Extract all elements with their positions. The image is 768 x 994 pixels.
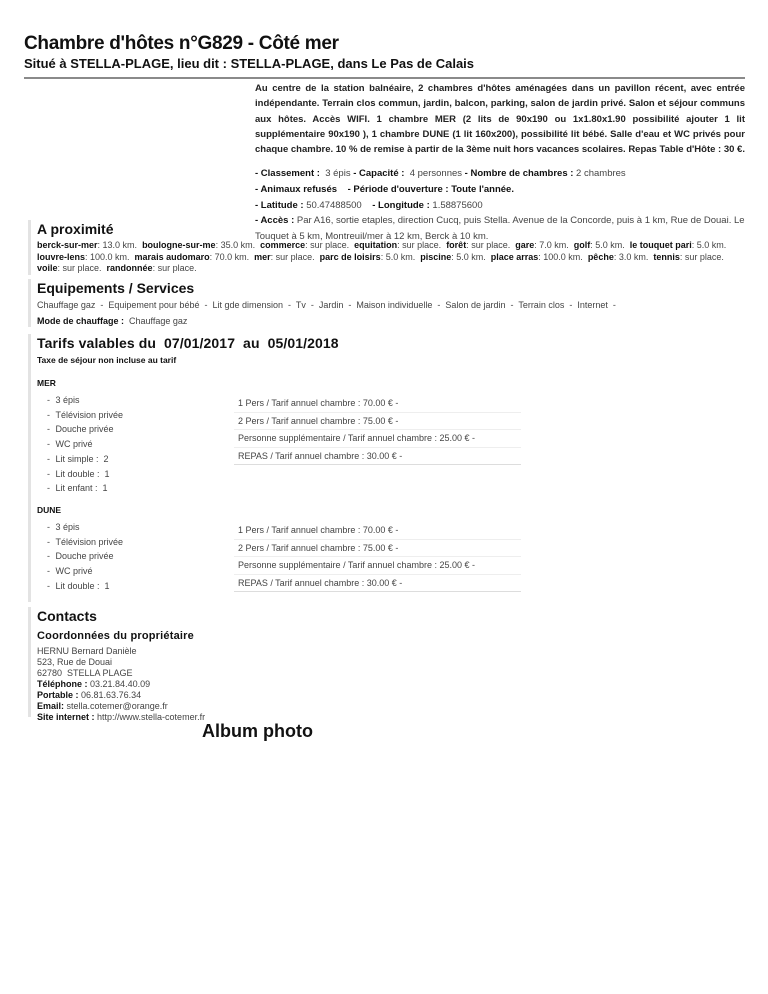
room-feature: 3 épis	[47, 393, 217, 408]
price-row: REPAS / Tarif annuel chambre : 30.00 € -	[234, 448, 521, 466]
room-feature: Douche privée	[47, 549, 217, 564]
proximite-item-name: golf	[574, 240, 591, 250]
owner-heading: Coordonnées du propriétaire	[37, 630, 328, 642]
proximite-item-value: : 5.0 km.	[692, 240, 732, 250]
proximite-item-name: piscine	[420, 252, 451, 262]
telephone-label: Téléphone :	[37, 679, 88, 689]
equipement-item: Jardin -	[319, 300, 357, 310]
proximite-item-value: : 5.0 km.	[590, 240, 630, 250]
periode: - Période d'ouverture : Toute l'année.	[348, 184, 514, 195]
room-feature: WC privé	[47, 564, 217, 579]
proximite-item-name: place arras	[491, 252, 539, 262]
equipement-item: Maison individuelle -	[356, 300, 445, 310]
price-row: Personne supplémentaire / Tarif annuel c…	[234, 557, 521, 575]
proximite-item-name: gare	[515, 240, 534, 250]
proximite-item-name: equitation	[354, 240, 397, 250]
proximite-section: A proximité berck-sur-mer: 13.0 km. boul…	[28, 220, 746, 275]
capacite-value: 4 personnes	[410, 168, 462, 179]
taxe-note: Taxe de séjour non incluse au tarif	[37, 355, 746, 365]
proximite-item-value: : 5.0 km.	[381, 252, 421, 262]
proximite-item-name: forêt	[446, 240, 466, 250]
equipement-item: Terrain clos -	[518, 300, 577, 310]
equipement-item: Salon de jardin -	[445, 300, 518, 310]
room-feature: Lit double : 1	[47, 467, 217, 482]
latitude-label: - Latitude :	[255, 200, 304, 211]
proximite-item-value: : 13.0 km.	[98, 240, 143, 250]
chambres-value: 2 chambres	[576, 168, 626, 179]
telephone-value: 03.21.84.40.09	[90, 679, 150, 689]
animaux: - Animaux refusés	[255, 184, 337, 195]
facts-line-3: - Latitude : 50.47488500 - Longitude : 1…	[255, 198, 745, 214]
room-prices: 1 Pers / Tarif annuel chambre : 70.00 € …	[234, 520, 521, 592]
room-name: MER	[37, 378, 746, 388]
classement-value: 3 épis	[325, 168, 350, 179]
price-row: REPAS / Tarif annuel chambre : 30.00 € -	[234, 575, 521, 593]
proximite-item-value: : sur place.	[397, 240, 446, 250]
room-dune: 3 épisTélévision privéeDouche privéeWC p…	[37, 520, 746, 602]
owner-details: HERNU Bernard Danièle 523, Rue de Douai …	[37, 646, 328, 723]
header-divider	[24, 77, 745, 79]
email-label: Email:	[37, 701, 64, 711]
proximite-item-name: pêche	[588, 252, 614, 262]
proximite-item-value: : 100.0 km.	[85, 252, 135, 262]
capacite-label: - Capacité :	[353, 168, 404, 179]
facts-line-2: - Animaux refusés - Période d'ouverture …	[255, 182, 745, 198]
equipement-item: Chauffage gaz -	[37, 300, 108, 310]
chambres-label: - Nombre de chambres :	[465, 168, 574, 179]
equipements-section: Equipements / Services Chauffage gaz - E…	[28, 279, 746, 327]
album-heading: Album photo	[202, 721, 313, 742]
latitude-value: 50.47488500	[306, 200, 361, 211]
mode-chauffage-value: Chauffage gaz	[129, 316, 187, 326]
proximite-item-value: : 35.0 km.	[216, 240, 261, 250]
equipement-item: Tv -	[296, 300, 319, 310]
room-mer: 3 épisTélévision privéeDouche privéeWC p…	[37, 393, 746, 497]
room-feature: Lit double : 1	[47, 579, 217, 594]
room-feature: Télévision privée	[47, 535, 217, 550]
contacts-section: Contacts Coordonnées du propriétaire HER…	[28, 607, 328, 717]
equipement-item: Internet -	[577, 300, 621, 310]
price-row: 2 Pers / Tarif annuel chambre : 75.00 € …	[234, 540, 521, 558]
proximite-list: berck-sur-mer: 13.0 km. boulogne-sur-me:…	[37, 240, 737, 275]
proximite-item-name: le touquet pari	[630, 240, 692, 250]
tarifs-heading: Tarifs valables du 07/01/2017 au 05/01/2…	[37, 334, 746, 352]
equipements-list: Chauffage gaz - Equipement pour bébé - L…	[37, 300, 746, 312]
proximite-item-name: boulogne-sur-me	[142, 240, 216, 250]
equipements-heading: Equipements / Services	[37, 279, 746, 297]
telephone: Téléphone : 03.21.84.40.09	[37, 679, 328, 690]
room-name: DUNE	[37, 505, 746, 515]
description: Au centre de la station balnéaire, 2 cha…	[255, 81, 745, 157]
page-header: Chambre d'hôtes n°G829 - Côté mer Situé …	[24, 33, 745, 79]
proximite-item-name: commerce	[260, 240, 305, 250]
proximite-item-value: : 7.0 km.	[534, 240, 574, 250]
proximite-item-name: marais audomaro	[135, 252, 210, 262]
price-row: Personne supplémentaire / Tarif annuel c…	[234, 430, 521, 448]
email: Email: stella.cotemer@orange.fr	[37, 701, 328, 712]
mode-chauffage: Mode de chauffage : Chauffage gaz	[37, 316, 746, 328]
site-label: Site internet :	[37, 712, 95, 722]
room-feature: Douche privée	[47, 422, 217, 437]
price-row: 2 Pers / Tarif annuel chambre : 75.00 € …	[234, 413, 521, 431]
tarifs-section: Tarifs valables du 07/01/2017 au 05/01/2…	[28, 334, 746, 602]
facts-line-1: - Classement : 3 épis - Capacité : 4 per…	[255, 166, 745, 182]
room-feature: Télévision privée	[47, 408, 217, 423]
proximite-item-value: : 3.0 km.	[614, 252, 654, 262]
room-prices: 1 Pers / Tarif annuel chambre : 70.00 € …	[234, 393, 521, 465]
equipement-item: Equipement pour bébé -	[108, 300, 212, 310]
proximite-item-value: : sur place.	[271, 252, 320, 262]
price-row: 1 Pers / Tarif annuel chambre : 70.00 € …	[234, 395, 521, 413]
page-title: Chambre d'hôtes n°G829 - Côté mer	[24, 33, 745, 55]
room-features: 3 épisTélévision privéeDouche privéeWC p…	[47, 520, 217, 594]
proximite-item-value: : sur place.	[305, 240, 354, 250]
longitude-label: - Longitude :	[372, 200, 430, 211]
owner-address-1: 523, Rue de Douai	[37, 657, 328, 668]
proximite-item-value: : 100.0 km.	[538, 252, 588, 262]
owner-name: HERNU Bernard Danièle	[37, 646, 328, 657]
portable: Portable : 06.81.63.76.34	[37, 690, 328, 701]
room-feature: 3 épis	[47, 520, 217, 535]
proximite-item-value: : sur place.	[680, 252, 729, 262]
proximite-item-value: : sur place.	[153, 263, 197, 273]
page-subtitle: Situé à STELLA-PLAGE, lieu dit : STELLA-…	[24, 56, 745, 72]
proximite-item-value: : sur place.	[58, 263, 107, 273]
price-row: 1 Pers / Tarif annuel chambre : 70.00 € …	[234, 522, 521, 540]
proximite-item-name: mer	[254, 252, 271, 262]
room-features: 3 épisTélévision privéeDouche privéeWC p…	[47, 393, 217, 496]
portable-label: Portable :	[37, 690, 79, 700]
room-feature: Lit enfant : 1	[47, 481, 217, 496]
equipement-item: Lit gde dimension -	[212, 300, 295, 310]
proximite-item-name: parc de loisirs	[320, 252, 381, 262]
longitude-value: 1.58875600	[432, 200, 482, 211]
mode-chauffage-label: Mode de chauffage :	[37, 316, 124, 326]
proximite-item-name: berck-sur-mer	[37, 240, 98, 250]
proximite-item-name: voile	[37, 263, 58, 273]
proximite-item-value: : sur place.	[466, 240, 515, 250]
proximite-item-value: : 70.0 km.	[210, 252, 255, 262]
proximite-heading: A proximité	[37, 220, 746, 238]
proximite-item-value: : 5.0 km.	[451, 252, 491, 262]
email-link[interactable]: stella.cotemer@orange.fr	[67, 701, 168, 711]
portable-value: 06.81.63.76.34	[81, 690, 141, 700]
proximite-item-name: randonnée	[107, 263, 153, 273]
room-feature: Lit simple : 2	[47, 452, 217, 467]
contacts-heading: Contacts	[37, 607, 328, 625]
classement-label: - Classement :	[255, 168, 320, 179]
owner-address-2: 62780 STELLA PLAGE	[37, 668, 328, 679]
proximite-item-name: louvre-lens	[37, 252, 85, 262]
room-feature: WC privé	[47, 437, 217, 452]
proximite-item-name: tennis	[653, 252, 680, 262]
site-link[interactable]: http://www.stella-cotemer.fr	[97, 712, 205, 722]
